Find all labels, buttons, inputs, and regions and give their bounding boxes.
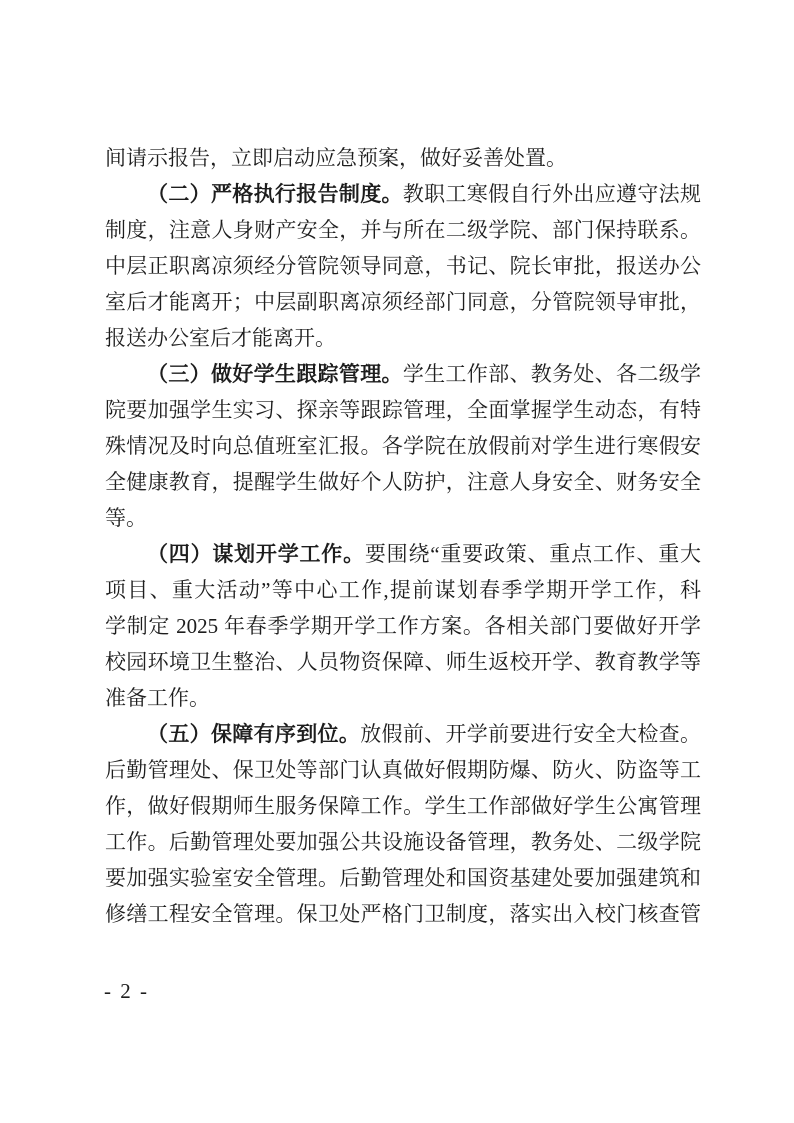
text-line: 等。 [105, 500, 701, 536]
text-line: （五）保障有序到位。放假前、开学前要进行安全大检查。 [105, 716, 701, 752]
text-run: 放假前、开学前要进行安全大检查。 [360, 722, 701, 746]
document-body: 间请示报告，立即启动应急预案，做好妥善处置。 （二）严格执行报告制度。教职工寒假… [105, 140, 701, 932]
text-line: 后勤管理处、保卫处等部门认真做好假期防爆、防火、防盗等工 [105, 752, 701, 788]
text-line: 准备工作。 [105, 680, 701, 716]
section-heading: （三）做好学生跟踪管理。 [147, 362, 403, 386]
text-line: 校园环境卫生整治、人员物资保障、师生返校开学、教育教学等 [105, 644, 701, 680]
text-line: （四）谋划开学工作。要围绕“重要政策、重点工作、重大 [105, 536, 701, 572]
text-line: （二）严格执行报告制度。教职工寒假自行外出应遵守法规 [105, 176, 701, 212]
text-line: 修缮工程安全管理。保卫处严格门卫制度，落实出入校门核查管 [105, 896, 701, 932]
text-line: 报送办公室后才能离开。 [105, 320, 701, 356]
text-line: 院要加强学生实习、探亲等跟踪管理，全面掌握学生动态，有特 [105, 392, 701, 428]
text-line: 要加强实验室安全管理。后勤管理处和国资基建处要加强建筑和 [105, 860, 701, 896]
text-line: 作，做好假期师生服务保障工作。学生工作部做好学生公寓管理 [105, 788, 701, 824]
text-line: 制度，注意人身财产安全，并与所在二级学院、部门保持联系。 [105, 212, 701, 248]
section-heading: （二）严格执行报告制度。 [147, 182, 403, 206]
section-heading: （四）谋划开学工作。 [147, 542, 365, 566]
text-run: 要围绕“重要政策、重点工作、重大 [365, 542, 701, 566]
section-heading: （五）保障有序到位。 [147, 722, 360, 746]
text-run: 学生工作部、教务处、各二级学 [403, 362, 701, 386]
document-page: 间请示报告，立即启动应急预案，做好妥善处置。 （二）严格执行报告制度。教职工寒假… [0, 0, 794, 1123]
text-run: 教职工寒假自行外出应遵守法规 [403, 182, 701, 206]
text-line: 中层正职离凉须经分管院领导同意，书记、院长审批，报送办公 [105, 248, 701, 284]
text-line: 项目、重大活动”等中心工作,提前谋划春季学期开学工作，科 [105, 572, 701, 608]
text-line: 工作。后勤管理处要加强公共设施设备管理，教务处、二级学院 [105, 824, 701, 860]
text-line: 全健康教育，提醒学生做好个人防护，注意人身安全、财务安全 [105, 464, 701, 500]
text-line: 室后才能离开；中层副职离凉须经部门同意，分管院领导审批， [105, 284, 701, 320]
text-line: 殊情况及时向总值班室汇报。各学院在放假前对学生进行寒假安 [105, 428, 701, 464]
text-line: 间请示报告，立即启动应急预案，做好妥善处置。 [105, 140, 701, 176]
text-line: 学制定 2025 年春季学期开学工作方案。各相关部门要做好开学 [105, 608, 701, 644]
text-line: （三）做好学生跟踪管理。学生工作部、教务处、各二级学 [105, 356, 701, 392]
page-number: - 2 - [104, 973, 149, 1009]
